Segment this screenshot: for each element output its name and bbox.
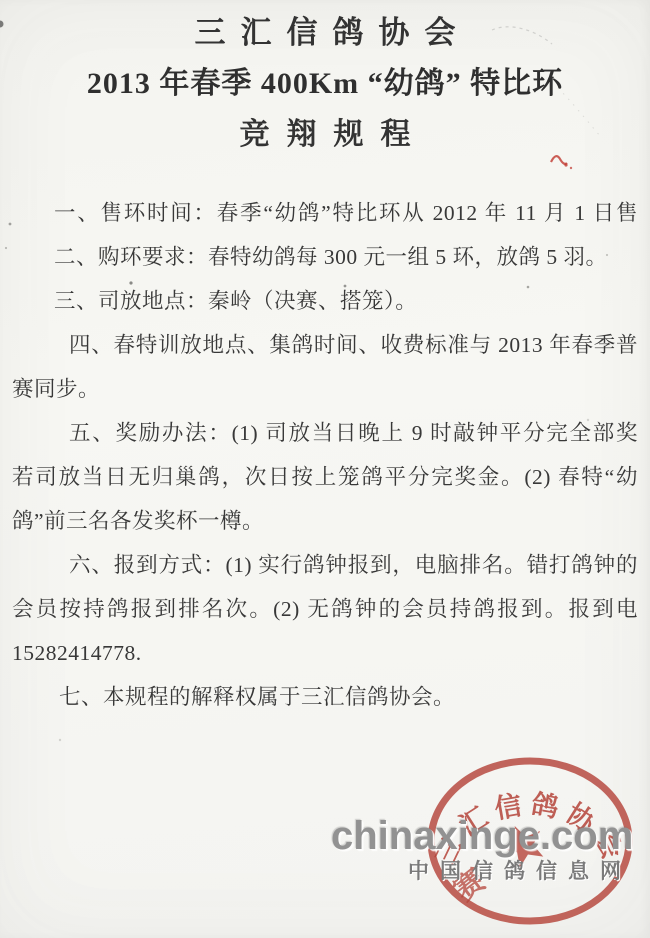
doc-line-3: 三、司放地点：秦岭（决赛、搭笼）。 (12, 279, 638, 323)
doc-subtitle-2: 竞翔规程 (0, 110, 650, 160)
doc-line-4: 四、春特训放地点、集鸽时间、收费标准与 2013 年春季普 (12, 323, 638, 367)
watermark-domain: chinaxinge.com (331, 814, 633, 859)
doc-line-12: 七、本规程的解释权属于三汇信鸽协会。 (12, 675, 638, 719)
doc-line-1: 一、售环时间：春季“幼鸽”特比环从 2012 年 11 月 1 日售环。 (12, 191, 638, 235)
doc-line-10: 会员按持鸽报到排名次。(2) 无鸽钟的会员持鸽报到。报到电话： (12, 587, 638, 631)
doc-line-7: 若司放当日无归巢鸽，次日按上笼鸽平分完奖金。(2) 春特“幼 (12, 455, 638, 499)
doc-line-6: 五、奖励办法：(1) 司放当日晚上 9 时敲钟平分完全部奖金； (12, 411, 638, 455)
doc-line-8: 鸽”前三名各发奖杯一樽。 (12, 499, 638, 543)
doc-line-11: 15282414778. (12, 631, 638, 675)
doc-body: 一、售环时间：春季“幼鸽”特比环从 2012 年 11 月 1 日售环。 二、购… (12, 191, 638, 719)
scanned-document-page: 三汇信鸽协会 2013 年春季 400Km “幼鸽” 特比环 竞翔规程 一、售环… (0, 0, 650, 938)
doc-line-2: 二、购环要求：春特幼鸽每 300 元一组 5 环，放鸽 5 羽。 (12, 235, 638, 279)
doc-line-9: 六、报到方式：(1) 实行鸽钟报到，电脑排名。错打鸽钟的 (12, 543, 638, 587)
doc-subtitle: 2013 年春季 400Km “幼鸽” 特比环 (0, 58, 650, 110)
doc-title: 三汇信鸽协会 (0, 0, 650, 58)
watermark-site-name: 中国信鸽信息网 (408, 855, 632, 885)
doc-line-5: 赛同步。 (12, 367, 638, 411)
